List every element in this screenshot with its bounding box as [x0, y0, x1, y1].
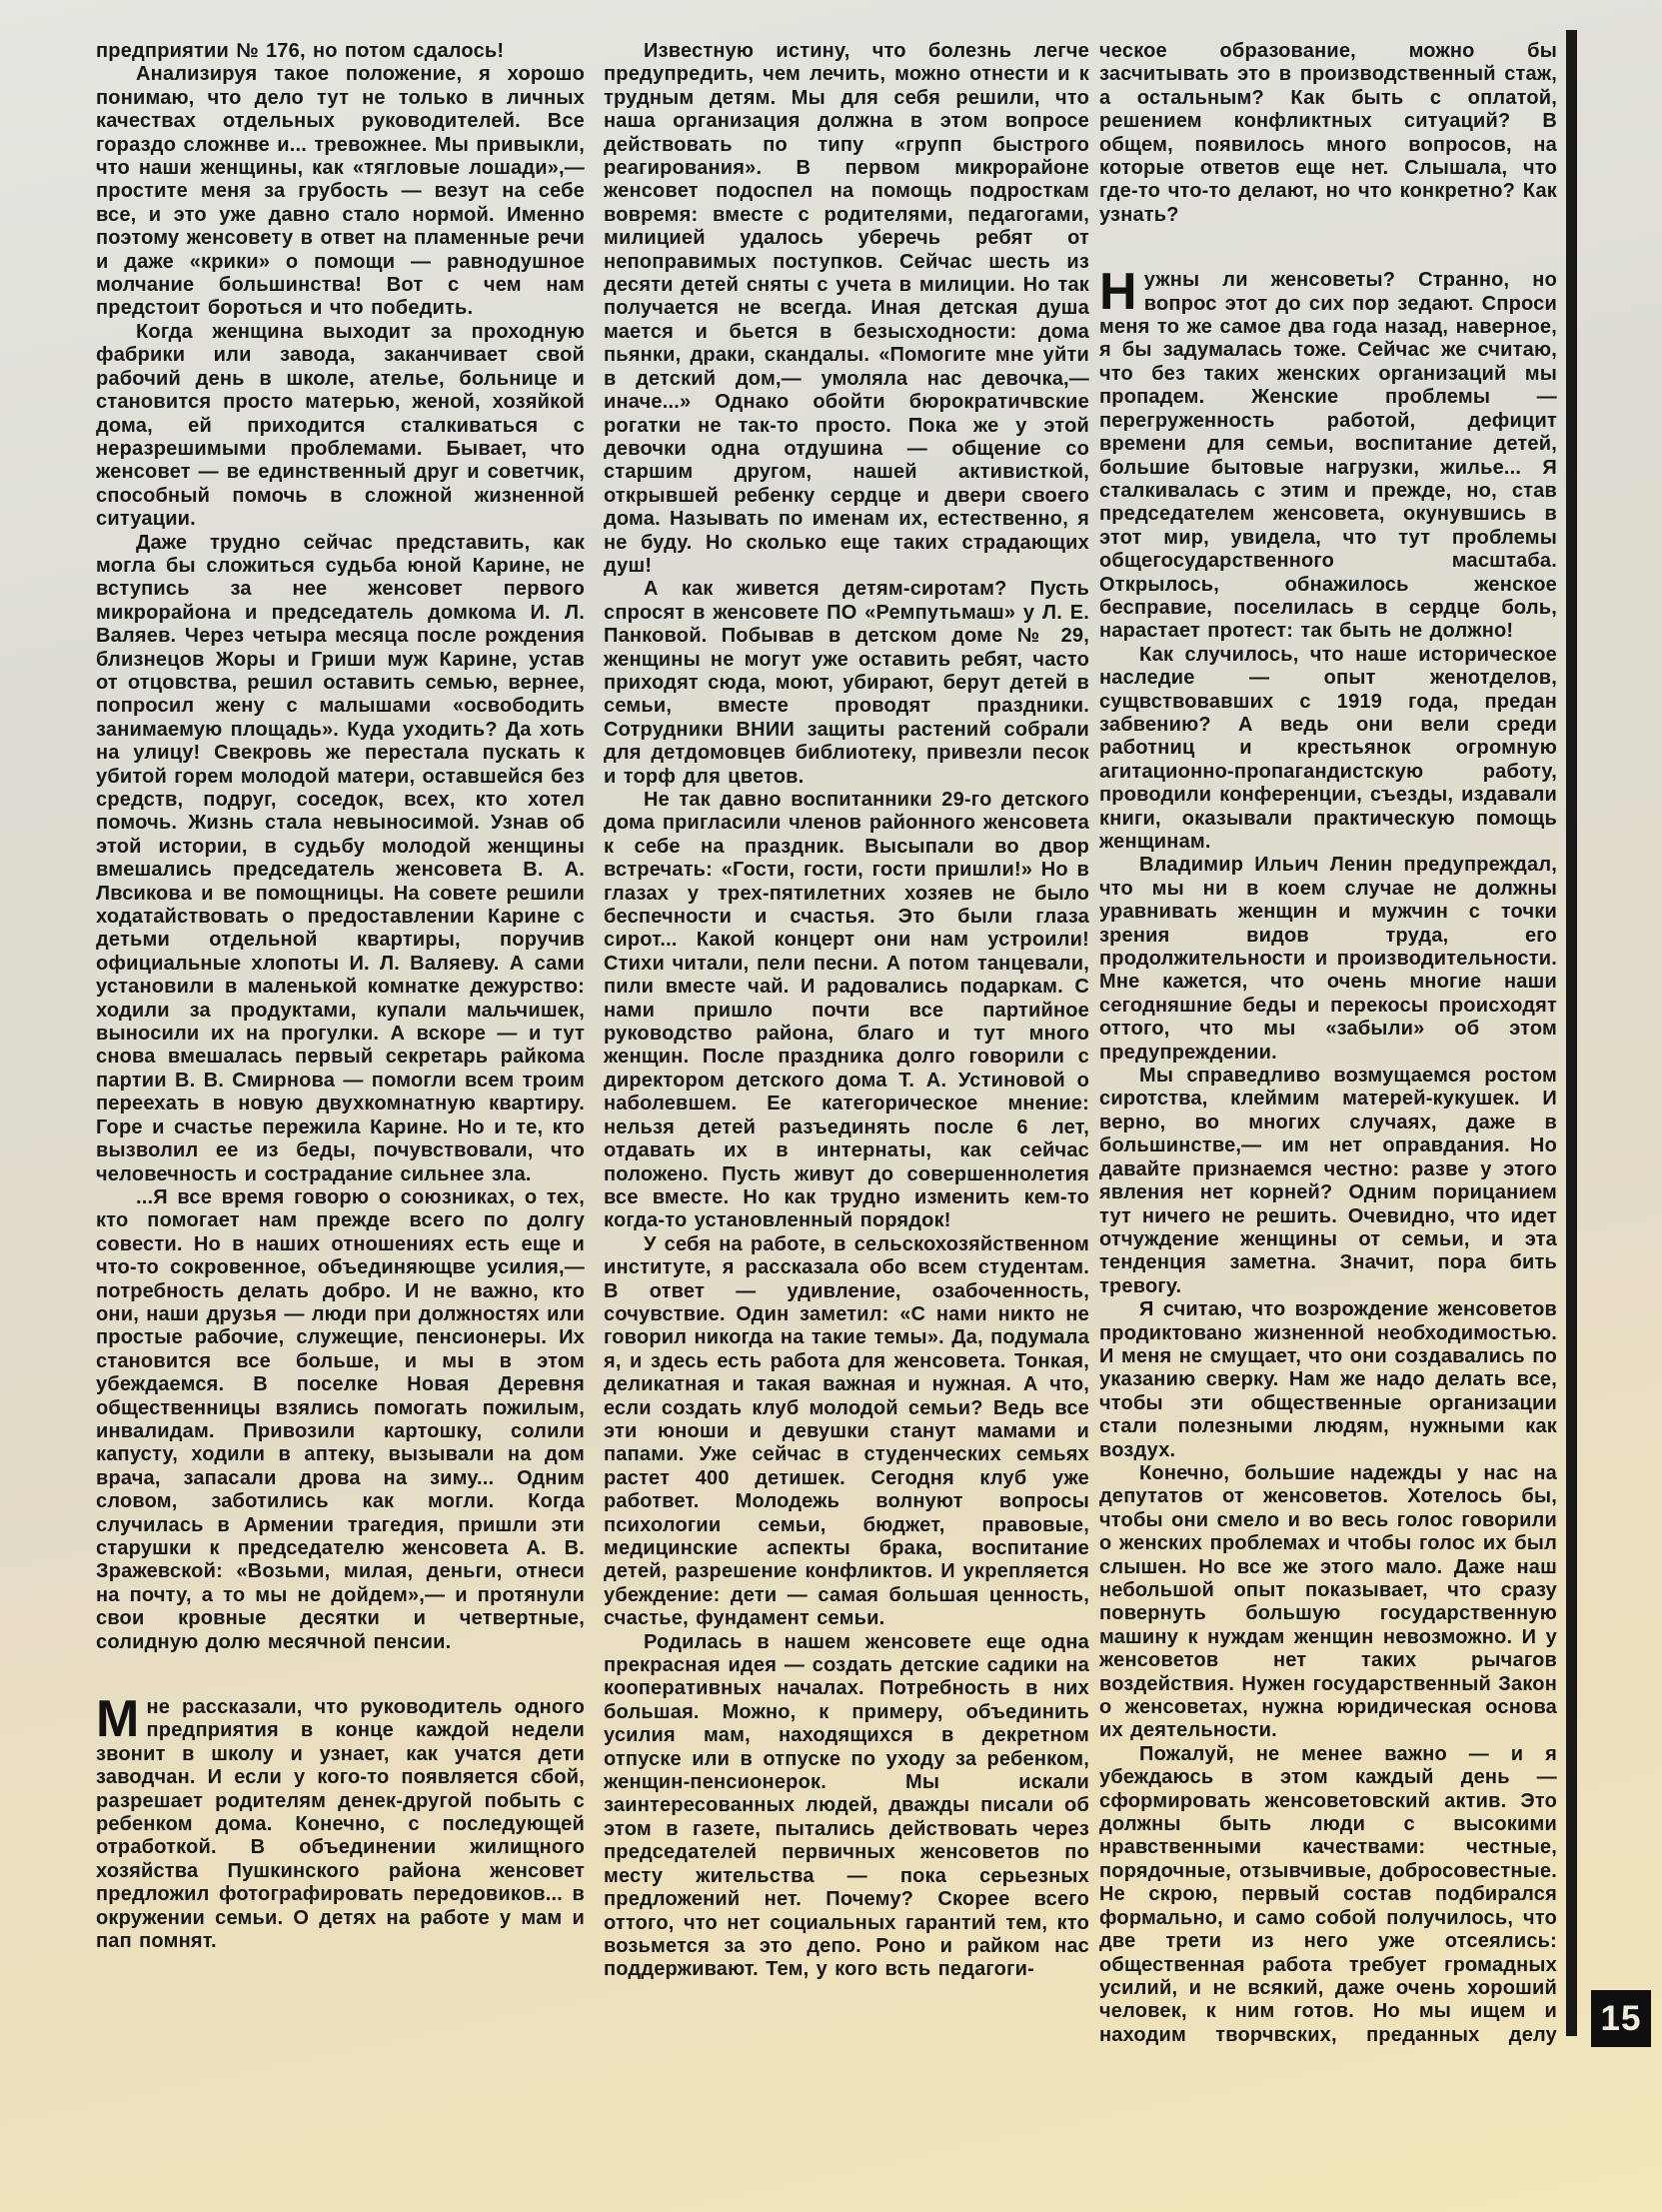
- magazine-page: предприятии № 176, но потом сдалось!Анал…: [0, 0, 1662, 2212]
- paragraph: Пожалуй, не менее важно — и я убеждаюсь …: [1099, 1743, 1557, 2049]
- paragraph: Когда женщина выходит за проходную фабри…: [96, 321, 585, 532]
- text-column-1: предприятии № 176, но потом сдалось!Анал…: [96, 40, 585, 2049]
- paragraph: Анализируя такое положение, я хорошо пон…: [96, 63, 585, 320]
- drop-cap-letter: Н: [1099, 270, 1137, 314]
- text-column-2: Известную истину, что болезнь легче пред…: [604, 40, 1089, 2049]
- paragraph: Родилась в нашем женсовете еще одна прек…: [604, 1631, 1089, 1982]
- paragraph: Мне рассказали, что руководитель одного …: [96, 1696, 585, 1953]
- paragraph: Не так давно воспитанники 29-го детского…: [604, 789, 1089, 1233]
- page-number-badge: 15: [1591, 1990, 1651, 2047]
- text-column-3: ческое образование, можно бы засчитывать…: [1099, 40, 1557, 2049]
- paragraph: предприятии № 176, но потом сдалось!: [96, 40, 585, 63]
- paragraph: Владимир Ильич Ленин предупреждал, что м…: [1099, 854, 1557, 1065]
- paragraph: У себя на работе, в сельскохозяйственном…: [604, 1233, 1089, 1631]
- paragraph: Конечно, большие надежды у нас на депута…: [1099, 1462, 1557, 1743]
- paragraph: Даже трудно сейчас представить, как могл…: [96, 532, 585, 1186]
- vertical-rule: [1566, 30, 1577, 2036]
- paragraph: Известную истину, что болезнь легче пред…: [604, 40, 1089, 578]
- drop-cap-letter: М: [96, 1697, 140, 1741]
- paragraph: Я считаю, что возрождение женсоветов про…: [1099, 1298, 1557, 1462]
- paragraph: Мы справедливо возмущаемся ростом сиротс…: [1099, 1065, 1557, 1298]
- paragraph: Нужны ли женсоветы? Странно, но вопрос э…: [1099, 269, 1557, 644]
- article-body: предприятии № 176, но потом сдалось!Анал…: [96, 40, 1557, 2049]
- paragraph: ческое образование, можно бы засчитывать…: [1099, 40, 1557, 227]
- paragraph: Как случилось, что наше историческое нас…: [1099, 644, 1557, 855]
- paragraph: ...Я все время говорю о союзниках, о тех…: [96, 1186, 585, 1654]
- paragraph: А как живется детям-сиротам? Пусть спрос…: [604, 578, 1089, 789]
- page-number: 15: [1601, 1999, 1642, 2039]
